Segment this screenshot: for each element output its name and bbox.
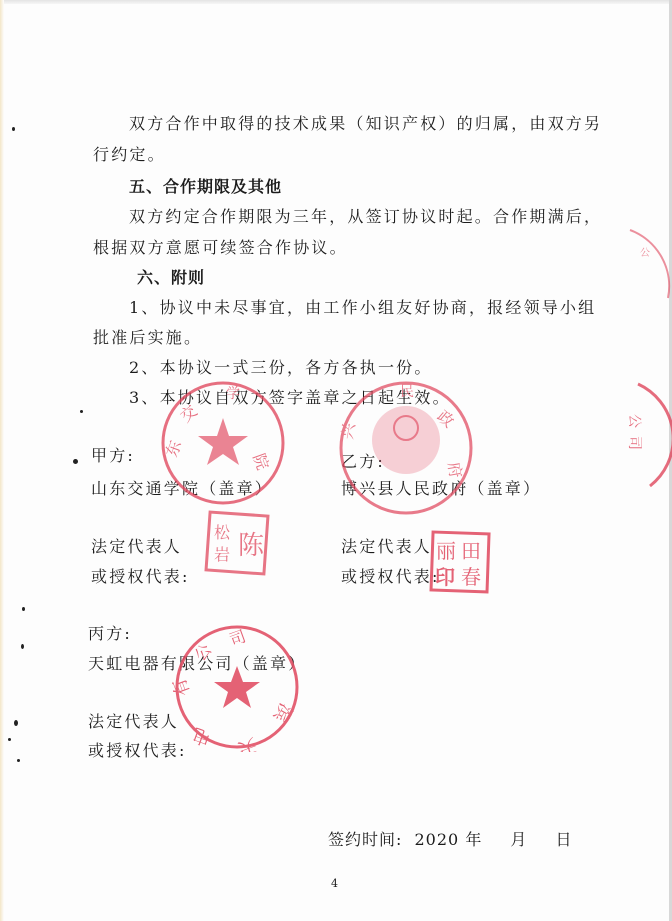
party-c-name: 天虹电器有限公司（盖章） <box>88 654 306 674</box>
scan-top-edge <box>0 0 672 4</box>
scan-speck <box>22 607 25 611</box>
party-c-rep-line2: 或授权代表: <box>88 741 187 761</box>
item1-line2: 批准后实施。 <box>93 328 202 348</box>
margin-seal-fragment-icon: 公 司 <box>620 380 672 490</box>
item1-line1: 1、协议中未尽事宜，由工作小组友好协商，报经领导小组 <box>129 298 596 318</box>
margin-seal-fragment-icon: 公 <box>620 228 672 308</box>
svg-text:丽: 丽 <box>436 539 456 563</box>
svg-text:东: 东 <box>162 438 185 460</box>
scan-speck <box>8 738 11 741</box>
svg-text:有: 有 <box>172 675 195 699</box>
item2: 2、本协议一式三份，各方各执一份。 <box>129 358 433 378</box>
page-number: 4 <box>331 877 338 890</box>
svg-text:电: 电 <box>190 723 214 749</box>
party-b-name: 博兴县人民政府（盖章） <box>341 479 541 499</box>
signing-date-year-unit: 年 <box>465 830 482 849</box>
section5-line2: 根据双方意愿可续签合作协议。 <box>93 238 348 258</box>
party-c-rep-line1: 法定代表人 <box>88 712 179 732</box>
svg-text:滨: 滨 <box>269 700 296 726</box>
party-c-label: 丙方: <box>88 624 132 644</box>
svg-text:兴: 兴 <box>337 421 359 441</box>
section6-heading: 六、附则 <box>137 268 205 288</box>
svg-text:公: 公 <box>640 248 650 259</box>
party-a-label: 甲方: <box>91 446 135 466</box>
svg-text:春: 春 <box>461 565 481 589</box>
scan-speck <box>17 759 20 762</box>
party-b-label: 乙方: <box>341 452 385 472</box>
scan-speck <box>80 410 83 413</box>
svg-text:政: 政 <box>433 407 457 432</box>
svg-text:陈: 陈 <box>238 531 265 561</box>
svg-text:府: 府 <box>444 460 465 479</box>
svg-text:公: 公 <box>626 414 642 428</box>
signing-date-label: 签约时间: <box>328 830 402 849</box>
svg-text:院: 院 <box>249 451 272 473</box>
ip-paragraph-line2: 行约定。 <box>93 145 166 165</box>
party-b-rep-line2: 或授权代表: <box>341 567 440 587</box>
svg-text:田: 田 <box>461 539 481 563</box>
scan-speck <box>12 127 15 131</box>
svg-text:天: 天 <box>235 733 259 752</box>
item3: 3、本协议自双方签字盖章之日起生效。 <box>129 388 451 408</box>
ip-paragraph-line1: 双方合作中取得的技术成果（知识产权）的归属，由双方另 <box>129 114 602 134</box>
party-c-official-seal-icon: 有 电 天 滨 司 公 <box>172 622 302 752</box>
svg-text:司: 司 <box>227 626 249 649</box>
scan-speck <box>21 644 24 649</box>
scan-speck <box>14 720 18 726</box>
section5-line1: 双方约定合作期限为三年，从签订协议时起。合作期满后， <box>129 207 602 227</box>
svg-text:岩: 岩 <box>214 545 230 564</box>
scan-left-edge <box>0 0 4 921</box>
scan-speck <box>73 459 78 464</box>
party-b-rep-line1: 法定代表人 <box>341 537 432 557</box>
signing-date: 签约时间: 2020 年 月 日 <box>328 830 573 850</box>
svg-text:司: 司 <box>626 436 642 450</box>
party-a-rep-line1: 法定代表人 <box>91 537 182 557</box>
signing-date-year: 2020 <box>415 830 460 849</box>
party-a-personal-seal-icon: 陈 松 岩 <box>204 510 270 576</box>
signing-date-day-unit: 日 <box>556 830 573 849</box>
party-a-rep-line2: 或授权代表: <box>91 567 190 587</box>
party-a-name: 山东交通学院（盖章） <box>91 479 273 499</box>
section5-heading: 五、合作期限及其他 <box>129 177 282 197</box>
signing-date-month-unit: 月 <box>510 830 527 849</box>
svg-text:松: 松 <box>214 523 231 542</box>
